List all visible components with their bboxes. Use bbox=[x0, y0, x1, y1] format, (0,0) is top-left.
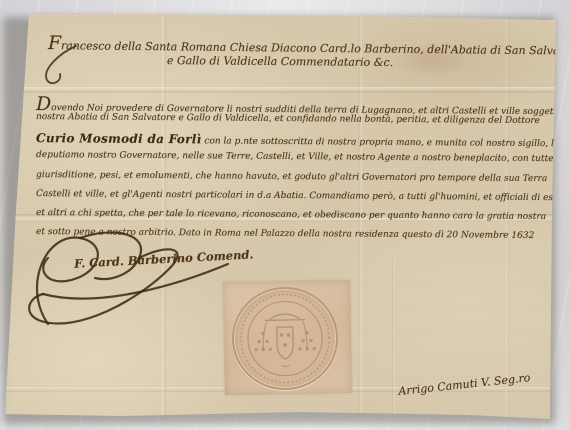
manuscript-paper: Francesco della Santa Romana Chiesa Diac… bbox=[0, 0, 570, 430]
cardinal-arms-icon bbox=[233, 288, 337, 389]
body-line-4: deputiamo nostro Governatore, nelle sue … bbox=[36, 150, 570, 164]
signature-text: F. Card. Barberino Comend. bbox=[74, 247, 254, 270]
countersignature-text: Arrigo Camuti V. Seg.ro bbox=[398, 371, 531, 398]
seal-patch bbox=[223, 280, 352, 395]
signature-flourish bbox=[18, 224, 253, 336]
body-line-3-rest: con la p.nte sottoscritta di nostra prop… bbox=[201, 136, 570, 149]
fold-crease-vertical-4 bbox=[392, 260, 395, 430]
heading-line-2: e Gallo di Valdicella Commendatario &c. bbox=[120, 54, 440, 70]
fold-crease-horizontal-1 bbox=[0, 87, 570, 93]
appointee-name: Curio Mosmodi da Forlì bbox=[36, 131, 202, 146]
body-line-3: Curio Mosmodi da Forlì con la p.nte sott… bbox=[36, 131, 570, 150]
photographed-manuscript: Francesco della Santa Romana Chiesa Diac… bbox=[0, 0, 570, 430]
body-line-6: Castelli et ville, et gl'Agenti nostri p… bbox=[36, 189, 563, 203]
body-line-8: et sotto pene a nostro arbitrio. Dato in… bbox=[36, 227, 534, 241]
body-line-5: giurisditione, pesi, et emolumenti, che … bbox=[36, 170, 547, 184]
body-line-7: et altri a chi spetta, che per tale lo r… bbox=[36, 208, 546, 222]
embossed-seal bbox=[231, 286, 339, 391]
